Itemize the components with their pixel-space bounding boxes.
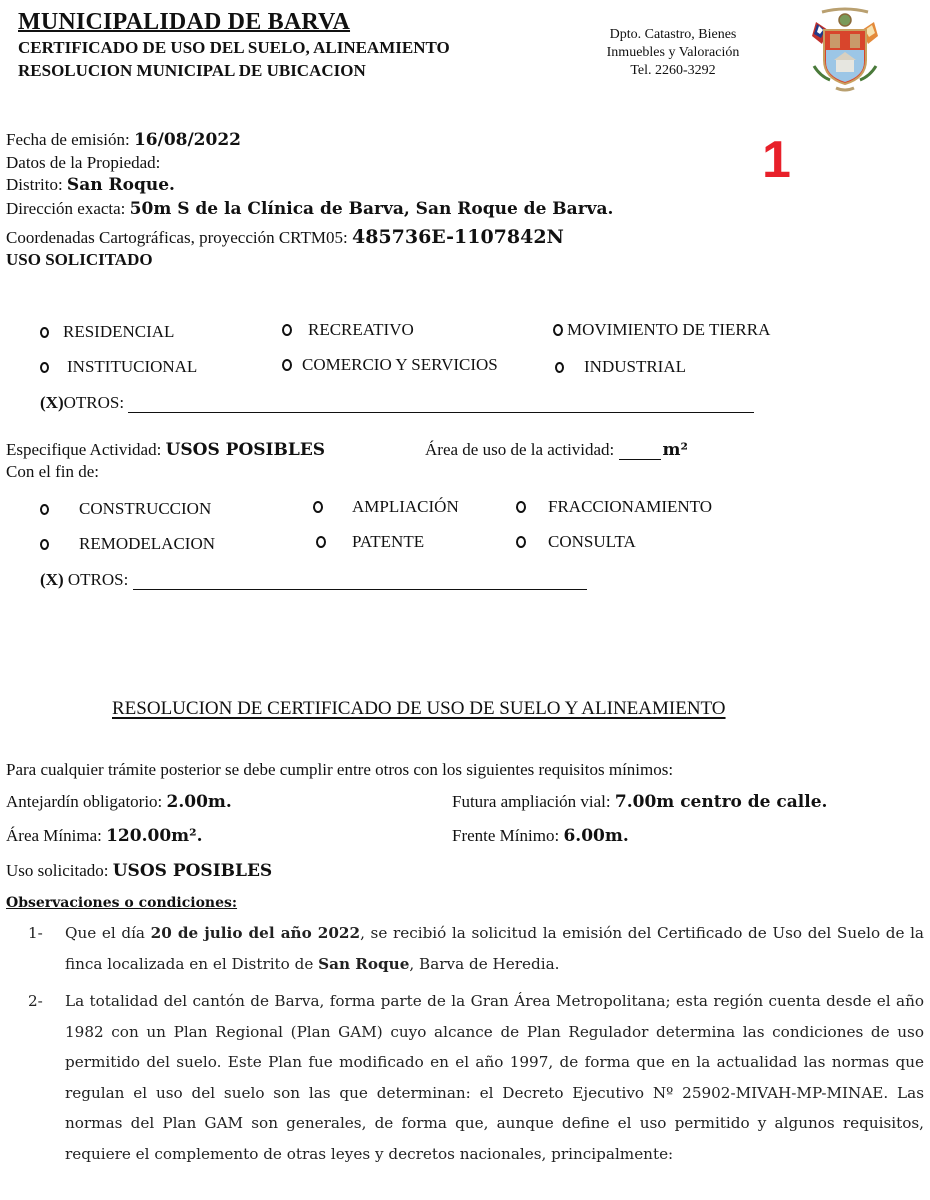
option-industrial[interactable]: INDUSTRIAL xyxy=(555,357,686,377)
municipality-title: MUNICIPALIDAD DE BARVA xyxy=(18,9,350,36)
actividad-otros-label: OTROS: xyxy=(68,570,128,589)
actividad-otros-checked-mark: (X) xyxy=(40,570,64,589)
observation-number: 1- xyxy=(28,918,43,949)
area-minima-label: Área Mínima: xyxy=(6,826,102,845)
ampliacion-vial-value: 7.00m centro de calle. xyxy=(615,792,828,812)
option-label: REMODELACION xyxy=(79,534,215,554)
radio-circle-icon[interactable] xyxy=(282,324,292,336)
radio-circle-icon[interactable] xyxy=(316,536,326,548)
frente-minimo-row: Frente Mínimo: 6.00m. xyxy=(452,826,629,846)
address-label: Dirección exacta: xyxy=(6,199,125,218)
issue-date-label: Fecha de emisión: xyxy=(6,130,130,149)
option-label: RECREATIVO xyxy=(308,320,414,340)
coordinates-label: Coordenadas Cartográficas, proyección CR… xyxy=(6,228,348,247)
actividad-row: Especifique Actividad: USOS POSIBLES xyxy=(6,440,325,460)
observations-heading: Observaciones o condiciones: xyxy=(6,895,237,911)
purpose-label: Con el fin de: xyxy=(6,462,99,482)
option-movimiento-tierra[interactable]: MOVIMIENTO DE TIERRA xyxy=(553,320,770,340)
ampliacion-vial-row: Futura ampliación vial: 7.00m centro de … xyxy=(452,792,827,812)
option-comercio-servicios[interactable]: COMERCIO Y SERVICIOS xyxy=(282,355,498,375)
department-line1: Dpto. Catastro, Bienes xyxy=(578,26,768,44)
department-phone: Tel. 2260-3292 xyxy=(578,62,768,80)
radio-circle-icon[interactable] xyxy=(282,359,292,371)
radio-circle-icon[interactable] xyxy=(40,504,49,515)
uso-solicitado-label: Uso solicitado: xyxy=(6,861,108,880)
option-label: INDUSTRIAL xyxy=(584,357,686,377)
observation-number: 2- xyxy=(28,986,43,1017)
radio-circle-icon[interactable] xyxy=(40,362,49,373)
option-label: AMPLIACIÓN xyxy=(352,497,459,517)
observation-text: Que el día 20 de julio del año 2022, se … xyxy=(65,918,924,979)
area-uso-unit: m² xyxy=(663,440,688,460)
option-label: MOVIMIENTO DE TIERRA xyxy=(567,320,770,340)
ampliacion-vial-label: Futura ampliación vial: xyxy=(452,792,611,811)
uso-solicitado-value: USOS POSIBLES xyxy=(113,861,272,881)
coordinates-row: Coordenadas Cartográficas, proyección CR… xyxy=(6,226,564,248)
antejardin-row: Antejardín obligatorio: 2.00m. xyxy=(6,792,232,812)
option-label: RESIDENCIAL xyxy=(63,322,174,342)
coat-of-arms-icon xyxy=(808,4,882,96)
uso-otros-row: (X)OTROS: xyxy=(40,393,754,413)
uso-otros-checked-mark: (X) xyxy=(40,393,64,412)
option-recreativo[interactable]: RECREATIVO xyxy=(282,320,414,340)
uso-otros-label: OTROS: xyxy=(64,393,124,412)
certificate-title-line1: CERTIFICADO DE USO DEL SUELO, ALINEAMIEN… xyxy=(18,38,450,58)
department-line2: Inmuebles y Valoración xyxy=(578,44,768,62)
issue-date-row: Fecha de emisión: 16/08/2022 xyxy=(6,130,241,150)
radio-circle-icon[interactable] xyxy=(40,327,49,338)
resolution-title: RESOLUCION DE CERTIFICADO DE USO DE SUEL… xyxy=(112,698,726,720)
option-consulta[interactable]: CONSULTA xyxy=(516,532,636,552)
observation-item-2: 2- La totalidad del cantón de Barva, for… xyxy=(28,986,924,1169)
option-construccion[interactable]: CONSTRUCCION xyxy=(40,499,211,519)
requirements-intro: Para cualquier trámite posterior se debe… xyxy=(6,760,673,780)
option-label: COMERCIO Y SERVICIOS xyxy=(302,355,498,375)
area-minima-value: 120.00m². xyxy=(106,826,202,846)
certificate-title-line2: RESOLUCION MUNICIPAL DE UBICACION xyxy=(18,61,366,81)
district-row: Distrito: San Roque. xyxy=(6,175,175,195)
uso-solicitado-heading: USO SOLICITADO xyxy=(6,250,153,270)
option-label: PATENTE xyxy=(352,532,424,552)
option-label: CONSTRUCCION xyxy=(79,499,211,519)
uso-otros-field[interactable] xyxy=(128,396,754,413)
antejardin-value: 2.00m. xyxy=(167,792,232,812)
observation-text: La totalidad del cantón de Barva, forma … xyxy=(65,986,924,1169)
option-label: FRACCIONAMIENTO xyxy=(548,497,712,517)
issue-date-value: 16/08/2022 xyxy=(134,130,241,150)
actividad-otros-field[interactable] xyxy=(133,573,587,590)
actividad-label: Especifique Actividad: xyxy=(6,440,161,459)
district-value: San Roque. xyxy=(67,175,175,195)
radio-circle-icon[interactable] xyxy=(313,501,323,513)
option-fraccionamiento[interactable]: FRACCIONAMIENTO xyxy=(516,497,712,517)
option-institucional[interactable]: INSTITUCIONAL xyxy=(40,357,197,377)
address-row: Dirección exacta: 50m S de la Clínica de… xyxy=(6,199,613,219)
radio-circle-icon[interactable] xyxy=(553,324,563,336)
radio-circle-icon[interactable] xyxy=(40,539,49,550)
page-marker-number: 1 xyxy=(762,134,791,186)
area-minima-row: Área Mínima: 120.00m². xyxy=(6,826,203,846)
frente-minimo-value: 6.00m. xyxy=(563,826,628,846)
observation-item-1: 1- Que el día 20 de julio del año 2022, … xyxy=(28,918,924,979)
uso-solicitado-row: Uso solicitado: USOS POSIBLES xyxy=(6,861,272,881)
area-uso-label: Área de uso de la actividad: xyxy=(425,440,614,459)
radio-circle-icon[interactable] xyxy=(516,501,526,513)
radio-circle-icon[interactable] xyxy=(516,536,526,548)
frente-minimo-label: Frente Mínimo: xyxy=(452,826,559,845)
department-info: Dpto. Catastro, Bienes Inmuebles y Valor… xyxy=(578,26,768,80)
antejardin-label: Antejardín obligatorio: xyxy=(6,792,162,811)
district-label: Distrito: xyxy=(6,175,63,194)
property-section-label: Datos de la Propiedad: xyxy=(6,153,160,173)
area-uso-field[interactable] xyxy=(619,443,661,460)
area-uso-row: Área de uso de la actividad: m² xyxy=(425,440,688,460)
actividad-value: USOS POSIBLES xyxy=(166,440,325,460)
option-label: CONSULTA xyxy=(548,532,636,552)
radio-circle-icon[interactable] xyxy=(555,362,564,373)
option-label: INSTITUCIONAL xyxy=(67,357,197,377)
actividad-otros-row: (X) OTROS: xyxy=(40,570,587,590)
option-remodelacion[interactable]: REMODELACION xyxy=(40,534,215,554)
option-patente[interactable]: PATENTE xyxy=(316,532,424,552)
coordinates-value: 485736E-1107842N xyxy=(352,226,564,248)
option-residencial[interactable]: RESIDENCIAL xyxy=(40,322,174,342)
address-value: 50m S de la Clínica de Barva, San Roque … xyxy=(130,199,614,219)
option-ampliacion[interactable]: AMPLIACIÓN xyxy=(313,497,459,517)
